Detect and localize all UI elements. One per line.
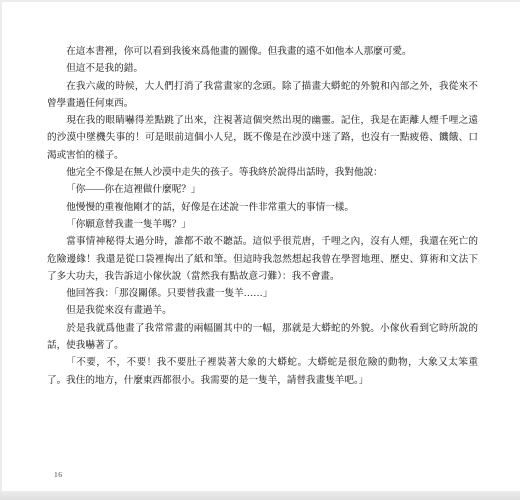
book-page: 在這本書裡，你可以看到我後來爲他畫的圖像。但我畫的遠不如他本人那麼可愛。但這不是… bbox=[0, 0, 520, 500]
scan-edge-top bbox=[0, 0, 520, 2]
paragraph: 「不要，不，不要！我不要肚子裡裝著大象的大蟒蛇。大蟒蛇是很危險的動物，大象又太笨… bbox=[47, 354, 478, 389]
paragraph: 在我六歲的時候，大人們打消了我當畫家的念頭。除了描畫大蟒蛇的外貌和內部之外，我從… bbox=[47, 78, 478, 113]
paragraph: 現在我的眼睛嚇得差點跳了出來，注視著這個突然出現的幽靈。記住，我是在距離人煙千哩… bbox=[47, 112, 478, 164]
paragraph: 但這不是我的錯。 bbox=[47, 60, 478, 77]
paragraph: 在這本書裡，你可以看到我後來爲他畫的圖像。但我畫的遠不如他本人那麼可愛。 bbox=[47, 43, 478, 60]
paragraph: 他回答我：「那沒關係。只要替我畫一隻羊……」 bbox=[47, 285, 478, 302]
paragraph: 當事情神秘得太過分時，誰都不敢不聽話。這似乎很荒唐，千哩之內，沒有人煙，我還在死… bbox=[47, 233, 478, 285]
page-number: 16 bbox=[54, 470, 63, 479]
paragraph: 於是我就爲他畫了我常常畫的兩幅圖其中的一幅，那就是大蟒蛇的外貌。小傢伙看到它時所… bbox=[47, 320, 478, 355]
paragraph: 「你——你在這裡做什麼呢？」 bbox=[47, 181, 478, 198]
body-text: 在這本書裡，你可以看到我後來爲他畫的圖像。但我畫的遠不如他本人那麼可愛。但這不是… bbox=[47, 43, 478, 389]
scan-edge-left bbox=[0, 0, 2, 500]
paragraph: 但是我從來沒有畫過羊。 bbox=[47, 302, 478, 319]
scan-edge-bottom bbox=[0, 491, 520, 500]
paragraph: 「你願意替我畫一隻羊嗎？」 bbox=[47, 216, 478, 233]
paragraph: 他完全不像是在無人沙漠中走失的孩子。等我終於說得出話時，我對他說： bbox=[47, 164, 478, 181]
paragraph: 他慢慢的重複他剛才的話，好像是在述說一件非常重大的事情一樣。 bbox=[47, 199, 478, 216]
